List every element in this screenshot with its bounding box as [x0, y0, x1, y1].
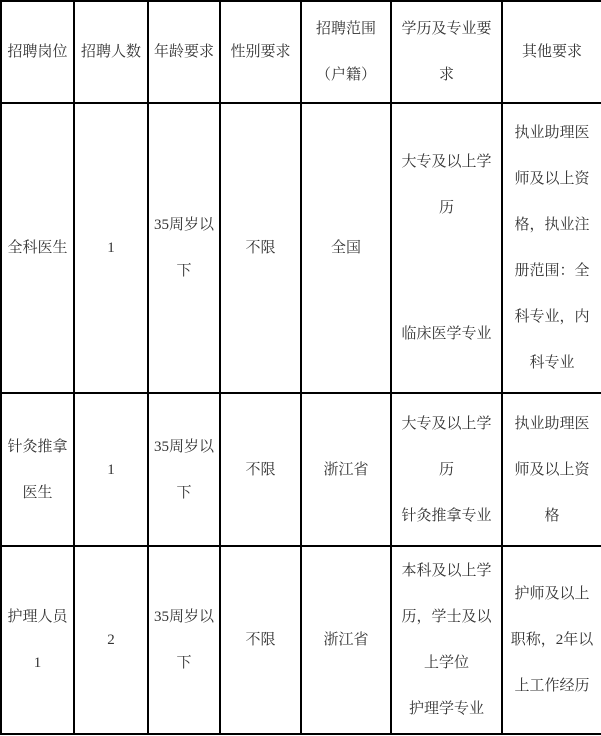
cell-other: 护师及以上职称，2年以上工作经历: [502, 546, 601, 734]
recruitment-table: 招聘岗位 招聘人数 年龄要求 性别要求 招聘范围 （户籍） 学历及专业要求 其他…: [0, 0, 601, 735]
cell-headcount: 2: [74, 546, 148, 734]
cell-age: 35周岁以下: [148, 103, 220, 393]
cell-scope: 全国: [301, 103, 391, 393]
header-row: 招聘岗位 招聘人数 年龄要求 性别要求 招聘范围 （户籍） 学历及专业要求 其他…: [1, 1, 601, 103]
cell-headcount: 1: [74, 393, 148, 546]
cell-scope: 浙江省: [301, 393, 391, 546]
cell-age: 35周岁以下: [148, 546, 220, 734]
header-gender: 性别要求: [220, 1, 301, 103]
header-scope: 招聘范围 （户籍）: [301, 1, 391, 103]
table-body: 全科医生 1 35周岁以下 不限 全国 大专及以上学历 临床医学专业 执业助理医…: [1, 103, 601, 734]
cell-other: 执业助理医师及以上资格: [502, 393, 601, 546]
cell-position: 全科医生: [1, 103, 74, 393]
cell-position: 针灸推拿医生: [1, 393, 74, 546]
education-paragraph: 本科及以上学历，学士及以上学位: [396, 548, 497, 686]
education-paragraph: 针灸推拿专业: [396, 493, 497, 539]
education-paragraph: 大专及以上学历: [396, 401, 497, 493]
cell-gender: 不限: [220, 546, 301, 734]
header-scope-line1: 招聘范围: [304, 6, 388, 52]
education-paragraph: 大专及以上学历: [396, 139, 497, 231]
education-paragraph: 临床医学专业: [396, 311, 497, 357]
table-head: 招聘岗位 招聘人数 年龄要求 性别要求 招聘范围 （户籍） 学历及专业要求 其他…: [1, 1, 601, 103]
cell-gender: 不限: [220, 393, 301, 546]
table-row-nursing-staff: 护理人员1 2 35周岁以下 不限 浙江省 本科及以上学历，学士及以上学位 护理…: [1, 546, 601, 734]
paragraph-gap: [396, 231, 497, 311]
cell-education: 本科及以上学历，学士及以上学位 护理学专业: [391, 546, 502, 734]
header-education: 学历及专业要求: [391, 1, 502, 103]
cell-gender: 不限: [220, 103, 301, 393]
table-row-acupuncture-doctor: 针灸推拿医生 1 35周岁以下 不限 浙江省 大专及以上学历 针灸推拿专业 执业…: [1, 393, 601, 546]
cell-position: 护理人员1: [1, 546, 74, 734]
cell-education: 大专及以上学历 临床医学专业: [391, 103, 502, 393]
cell-scope: 浙江省: [301, 546, 391, 734]
header-position: 招聘岗位: [1, 1, 74, 103]
cell-education: 大专及以上学历 针灸推拿专业: [391, 393, 502, 546]
header-headcount: 招聘人数: [74, 1, 148, 103]
header-scope-line2: （户籍）: [304, 52, 388, 98]
cell-age: 35周岁以下: [148, 393, 220, 546]
cell-other: 执业助理医师及以上资格，执业注册范围：全科专业，内科专业: [502, 103, 601, 393]
header-other: 其他要求: [502, 1, 601, 103]
header-age: 年龄要求: [148, 1, 220, 103]
table-row-general-practitioner: 全科医生 1 35周岁以下 不限 全国 大专及以上学历 临床医学专业 执业助理医…: [1, 103, 601, 393]
education-paragraph: 护理学专业: [396, 686, 497, 732]
cell-headcount: 1: [74, 103, 148, 393]
